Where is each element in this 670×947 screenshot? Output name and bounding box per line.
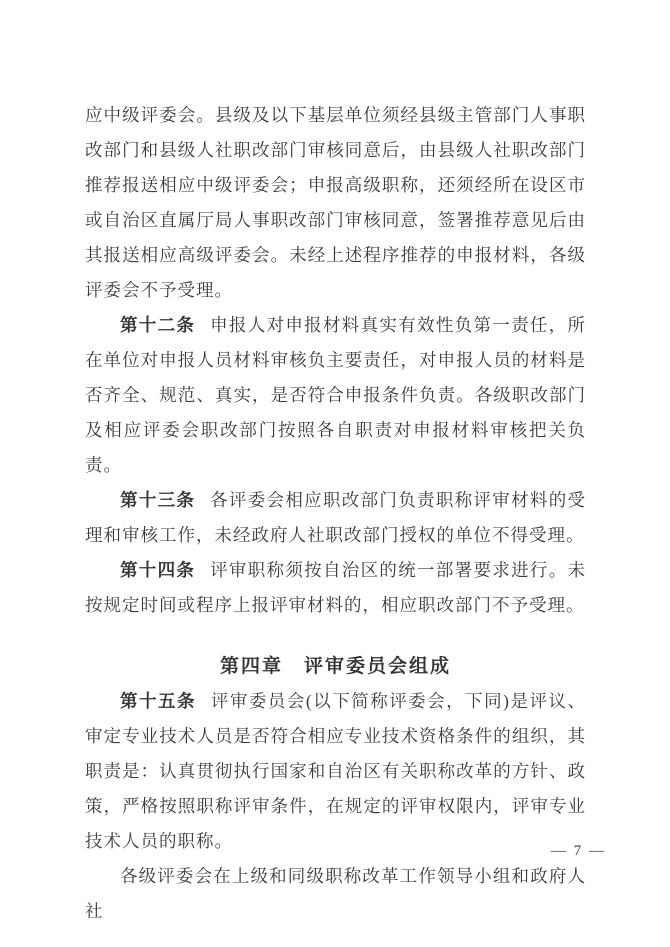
paragraph-text: 各级评委会在上级和同级职称改革工作领导小组和政府人社	[85, 866, 586, 921]
page-number: — 7 —	[551, 843, 606, 860]
document-page: 应中级评委会。县级及以下基层单位须经县级主管部门人事职改部门和县级人社职改部门审…	[0, 0, 670, 947]
paragraph-text: 评审委员会(以下简称评委会，下同)是评议、审定专业技术人员是否符合相应专业技术资…	[85, 691, 586, 851]
article-number: 第十五条	[120, 691, 196, 711]
paragraph-article-15: 第十五条评审委员会(以下简称评委会，下同)是评议、审定专业技术人员是否符合相应专…	[85, 684, 586, 859]
paragraph-text: 应中级评委会。县级及以下基层单位须经县级主管部门人事职改部门和县级人社职改部门审…	[85, 105, 586, 300]
paragraph-continued-next-page: 各级评委会在上级和同级职称改革工作领导小组和政府人社	[85, 859, 586, 929]
paragraph-text: 申报人对申报材料真实有效性负第一责任，所在单位对申报人员材料审核负主要责任，对申…	[85, 315, 586, 475]
document-body: 应中级评委会。县级及以下基层单位须经县级主管部门人事职改部门和县级人社职改部门审…	[85, 98, 586, 929]
paragraph-article-14: 第十四条评审职称须按自治区的统一部署要求进行。未按规定时间或程序上报评审材料的，…	[85, 553, 586, 623]
article-number: 第十三条	[120, 490, 195, 510]
paragraph-continuation: 应中级评委会。县级及以下基层单位须经县级主管部门人事职改部门和县级人社职改部门审…	[85, 98, 586, 308]
chapter-heading: 第四章 评审委员会组成	[85, 649, 586, 684]
article-number: 第十四条	[120, 560, 195, 580]
paragraph-article-13: 第十三条各评委会相应职改部门负责职称评审材料的受理和审核工作，未经政府人社职改部…	[85, 483, 586, 553]
paragraph-article-12: 第十二条申报人对申报材料真实有效性负第一责任，所在单位对申报人员材料审核负主要责…	[85, 308, 586, 483]
article-number: 第十二条	[120, 315, 195, 335]
